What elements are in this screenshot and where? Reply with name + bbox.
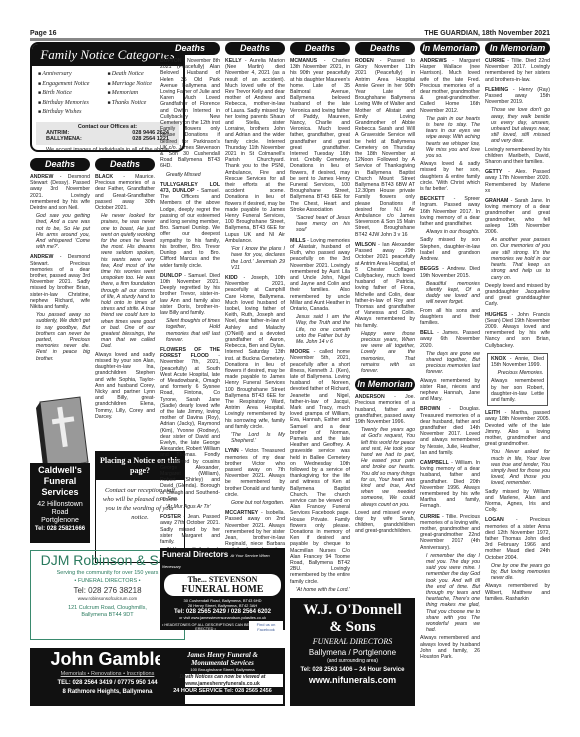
section-header-deaths: Deaths <box>355 42 415 55</box>
notice-flood: FLOWERS OF THE FOREST FLOOD - November 7… <box>160 347 220 510</box>
notice-beckett: BECKETT - Spreer Ingram. Passed away 16t… <box>420 196 480 262</box>
notice-bell: BELL - James. Passed away 6th November 2… <box>420 330 480 402</box>
notice-andrew-1: ANDREW - Desmond Stewart (Dessy). Passed… <box>30 174 90 250</box>
category-item: Birthday Memories <box>38 99 108 109</box>
section-header-deaths: Deaths <box>30 158 90 171</box>
notice-verse: He never looked for praises, he was neve… <box>95 213 155 349</box>
notice-tullygarley: TULLYGARLEY LOL 473, DUNLOP - Samuel. Th… <box>160 182 220 269</box>
section-header-memoriam: In Memoriam <box>355 378 415 391</box>
notice-wilson: WILSON - Ian Alexander Passed away 29th … <box>355 242 415 374</box>
header-rule <box>30 38 550 41</box>
ad-address: Road <box>30 509 90 517</box>
notice-leith: LEITH - Martha, passed away 18th Novembe… <box>485 410 550 513</box>
notice-andrew-2: ANDREW - Desmond Stewart. Precious memor… <box>30 254 90 361</box>
notice-bufton: BUFTON - November 8th 2021 (Peacefully) … <box>160 58 220 178</box>
notice-fleming: FLEMING - Henry (Ray) Passed away 15th N… <box>485 87 550 165</box>
category-item: Birthday Wishes <box>38 108 108 118</box>
page-number: Page 16 <box>30 30 56 37</box>
section-header-deaths: Deaths <box>290 42 350 55</box>
section-header-deaths: Deaths <box>160 42 220 55</box>
notice-kidd: KIDD - Joseph, 10th November 2021, peace… <box>225 275 285 444</box>
notice-text: - Desmond Stewart. Precious memories of … <box>30 254 90 310</box>
ad-james-henry: James Henry Funeral & Monumental Service… <box>160 648 285 706</box>
notice-dunlop: DUNLOP - Samuel. Died 10th November 2021… <box>160 273 220 343</box>
ad-phone: 24 HOUR SERVICE Tel: 028 2565 2456 <box>162 687 283 695</box>
masthead: THE GUARDIAN, 18th November 2021 <box>424 30 550 37</box>
notice-beggs: BEGGS - Andrew. Died 19th November 2015.… <box>420 266 480 326</box>
column-1: Deaths ANDREW - Desmond Stewart (Dessy).… <box>30 158 90 366</box>
notice-logan: LOGAN - Precious memories of a sister An… <box>485 517 550 602</box>
notice-roden: RODEN - Passed to Glory November 11th 20… <box>355 58 415 238</box>
ad-phone: Tel: 028 2563 1406 – 24 Hour Service <box>290 665 415 675</box>
ballymena-label: BALLYMENA: <box>46 136 82 143</box>
notice-text: Always loved and sadly missed by your so… <box>95 352 155 420</box>
notice-verse: God saw you getting tired, And a cure wa… <box>30 213 90 250</box>
notice-lynn: LYNN - Victor. Treasured memories of my … <box>225 448 285 506</box>
notice-text: - Maurice. Precious memories of a dear F… <box>95 174 155 211</box>
ad-address: 42 Hillonstown <box>30 501 90 509</box>
ad-area: (and surrounding area) <box>290 658 415 665</box>
notice-verse: You passed away so suddenly, We didn't g… <box>30 312 90 362</box>
ad-role: FUNERAL DIRECTORS <box>290 636 415 648</box>
notice-moore: MOORE - called home November 5th, 2021, … <box>290 349 350 593</box>
notice-andrews: ANDREWS - Margaret Harper Wallace (nee H… <box>420 58 480 192</box>
notice-knox: KNOX - Annie, Died 15th November 1999.Pr… <box>487 353 548 406</box>
section-header-memoriam: In Memoriam <box>485 42 550 55</box>
ad-headstones: • HEADSTONES OF ALL DESCRIPTIONS CAN BE … <box>162 623 249 631</box>
column-5: Deaths MCMANUS - Charles 13th November 2… <box>290 42 350 597</box>
ad-phone: Tel: 028 2565 2429 / 028 2564 6202 <box>162 608 283 616</box>
section-header-memoriam: In Memoriam <box>420 42 480 55</box>
notice-black: BLACK - Maurice. Precious memories of a … <box>95 174 155 420</box>
notice-anderson: ANDERSON - Joe. Precious memories of a h… <box>355 394 415 534</box>
ad-caldwells-funeral-services: Caldwell's Funeral Services 42 Hillonsto… <box>30 463 90 543</box>
section-header-deaths: Deaths <box>225 42 285 55</box>
ad-address: Portglenone <box>30 517 90 525</box>
notice-mcmanus: MCMANUS - Charles 13th November 2021, in… <box>290 58 350 234</box>
notice-graham: GRAHAM - Sarah Jane. In loving memory of… <box>485 198 550 307</box>
ad-area: Ballymena / Portglenone <box>290 648 415 658</box>
category-item: Birth Notice <box>38 89 108 99</box>
ad-phone: Tel: 028 25821666 <box>30 525 90 534</box>
ad-name: The... STEVENSON <box>165 575 280 584</box>
column-4: Deaths KELLY - Aurelia Marion (Nee Marti… <box>225 42 285 572</box>
column-6: Deaths RODEN - Passed to Glory November … <box>355 42 415 539</box>
ad-name: & Sons <box>290 619 415 636</box>
category-item: Anniversary <box>38 70 108 80</box>
ad-name: W.J. O'Donnell <box>290 602 415 619</box>
column-2: Deaths BLACK - Maurice. Precious memorie… <box>95 158 155 424</box>
notice-mills: MILLS - Loving memories of Alastair, hus… <box>290 238 350 345</box>
ad-notice: Death Notices can now be viewed at <box>162 674 283 681</box>
notice-currie: CURRIE - Tillie. Precious memories of a … <box>420 514 480 661</box>
notice-currie-2: CURRIE - Tillie. Died 22nd November 2017… <box>485 58 550 83</box>
facebook-icon: Find us on Facebook <box>249 621 283 633</box>
ad-name: Funeral <box>30 476 90 487</box>
ad-name: Monumental Services <box>162 659 283 667</box>
ad-name: Caldwell's <box>30 465 90 476</box>
ad-name: FUNERAL HOME <box>165 584 280 595</box>
category-item: Engagement Notice <box>38 80 108 90</box>
column-8: In Memoriam CURRIE - Tillie. Died 22nd N… <box>485 42 550 606</box>
ad-wj-odonnell: W.J. O'Donnell & Sons FUNERAL DIRECTORS … <box>290 598 415 706</box>
notice-name: BLACK <box>95 174 113 180</box>
notice-name: ANDREW <box>30 254 53 260</box>
contact-offices: Contact our Offices at: ANTRIM:028 9446 … <box>36 122 179 145</box>
notice-kelly: KELLY - Aurelia Marion (Nee Martin) died… <box>225 58 285 271</box>
column-7: In Memoriam ANDREWS - Margaret Harper Wa… <box>420 42 480 664</box>
notice-campbell: CAMPBELL - William. In loving memory of … <box>420 460 480 510</box>
section-header-deaths: Deaths <box>95 158 155 171</box>
notice-brown: BROWN - Douglas. Treasured memories of a… <box>420 406 480 456</box>
notice-hughes: HUGHES - John Francis (Sean) Died 19th N… <box>485 312 550 349</box>
column-3: Deaths BUFTON - November 8th 2021 (Peace… <box>160 42 220 557</box>
ad-banner: Funeral Directors <box>162 550 228 559</box>
ad-address: 100 Broughshane Street, Ballymena <box>162 667 283 673</box>
notice-getty: GETTY - Alex. Passed away 17th November … <box>485 169 550 194</box>
ad-website: www.nifunerals.com <box>290 675 415 686</box>
notice-text: - Desmond Stewart (Dessy). Passed away 3… <box>30 174 90 211</box>
ad-name: Services <box>30 487 90 498</box>
notice-name: ANDREW <box>30 174 53 180</box>
ad-name: James Henry Funeral & <box>162 651 283 659</box>
ad-stevenson-funeral-home: Funeral Directors At Your Service When N… <box>160 548 285 630</box>
